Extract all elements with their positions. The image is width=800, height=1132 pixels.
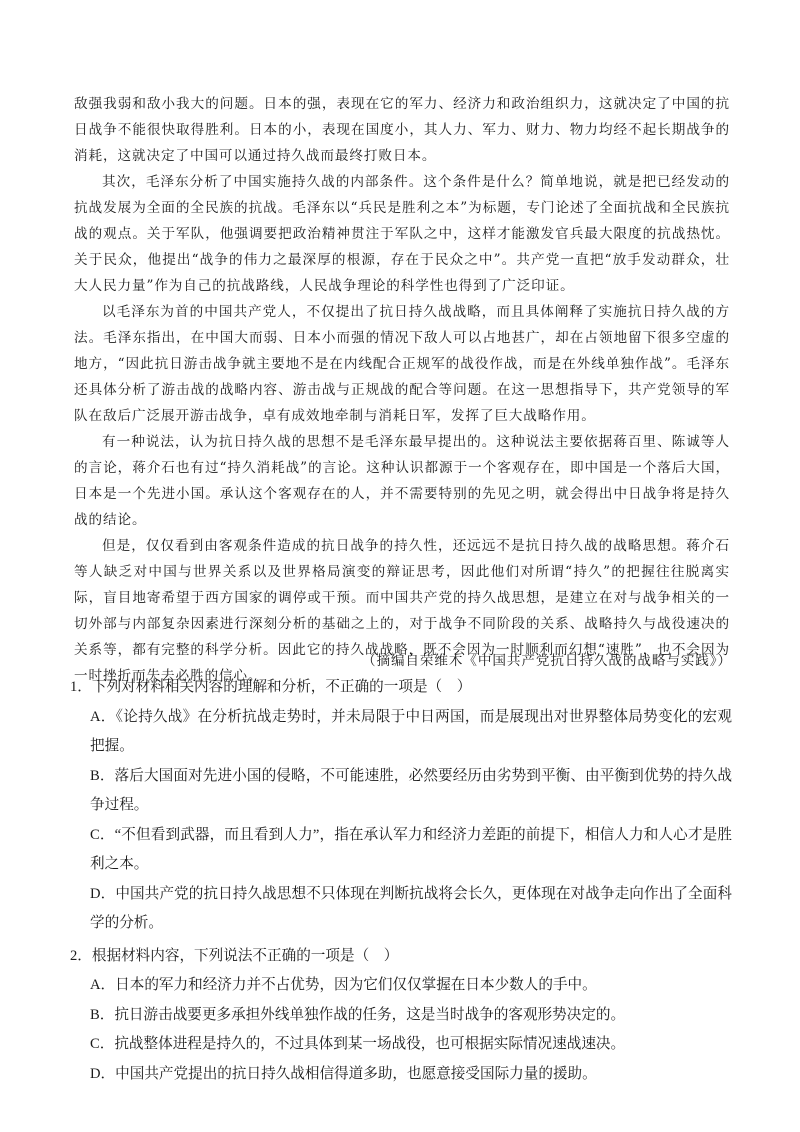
question-1: 1．下列对材料相关内容的理解和分析，不正确的一项是（ ） A．《论持久战》在分析… bbox=[70, 673, 732, 939]
question-list: 1．下列对材料相关内容的理解和分析，不正确的一项是（ ） A．《论持久战》在分析… bbox=[70, 673, 732, 1089]
option-a: A．《论持久战》在分析抗战走势时，并未局限于中日两国，而是展现出对世界整体局势变… bbox=[70, 703, 732, 762]
passage-paragraph-3: 以毛泽东为首的中国共产党人，不仅提出了抗日持久战战略，而且具体阐释了实施抗日持久… bbox=[74, 299, 730, 429]
passage-paragraph-2: 其次，毛泽东分析了中国实施持久战的内部条件。这个条件是什么？简单地说，就是把已经… bbox=[74, 169, 730, 299]
document-page: 敌强我弱和敌小我大的问题。日本的强，表现在它的军力、经济力和政治组织力，这就决定… bbox=[0, 0, 800, 1132]
option-c: C．抗战整体进程是持久的，不过具体到某一场战役，也可根据实际情况速战速决。 bbox=[70, 1030, 732, 1060]
option-b: B．落后大国面对先进小国的侵略，不可能速胜，必然要经历由劣势到平衡、由平衡到优势… bbox=[70, 762, 732, 821]
reading-passage: 敌强我弱和敌小我大的问题。日本的强，表现在它的军力、经济力和政治组织力，这就决定… bbox=[74, 91, 730, 689]
option-d: D．中国共产党提出的抗日持久战相信得道多助，也愿意接受国际力量的援助。 bbox=[70, 1060, 732, 1090]
passage-paragraph-1: 敌强我弱和敌小我大的问题。日本的强，表现在它的军力、经济力和政治组织力，这就决定… bbox=[74, 91, 730, 169]
passage-source-citation: （摘编自荣维木《中国共产党抗日持久战的战略与实践》） bbox=[362, 648, 732, 674]
option-a: A．日本的军力和经济力并不占优势，因为它们仅仅掌握在日本少数人的手中。 bbox=[70, 971, 732, 1001]
option-d: D．中国共产党的抗日持久战思想不只体现在判断抗战将会长久，更体现在对战争走向作出… bbox=[70, 880, 732, 939]
option-b: B．抗日游击战要更多承担外线单独作战的任务，这是当时战争的客观形势决定的。 bbox=[70, 1001, 732, 1031]
passage-paragraph-4: 有一种说法，认为抗日持久战的思想不是毛泽东最早提出的。这种说法主要依据蒋百里、陈… bbox=[74, 429, 730, 533]
question-2: 2．根据材料内容，下列说法不正确的一项是（ ） A．日本的军力和经济力并不占优势… bbox=[70, 942, 732, 1090]
question-stem: 1．下列对材料相关内容的理解和分析，不正确的一项是（ ） bbox=[70, 673, 732, 703]
question-stem: 2．根据材料内容，下列说法不正确的一项是（ ） bbox=[70, 942, 732, 972]
option-c: C．“不但看到武器，而且看到人力”，指在承认军力和经济力差距的前提下，相信人力和… bbox=[70, 821, 732, 880]
